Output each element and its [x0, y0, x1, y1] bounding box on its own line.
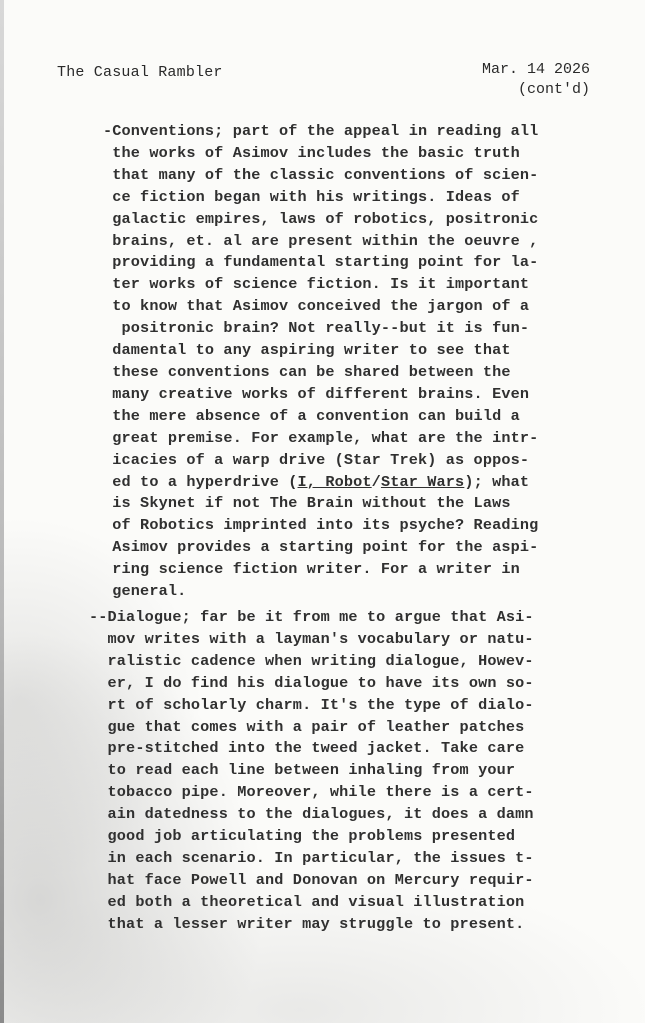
page-edge-shadow — [0, 0, 4, 1023]
text-line: the works of Asimov includes the basic t… — [103, 143, 538, 165]
text-line: gue that comes with a pair of leather pa… — [89, 717, 534, 739]
text-line: of Robotics imprinted into its psyche? R… — [103, 515, 538, 537]
underlined-title: I, Robot — [298, 473, 372, 491]
text-line: good job articulating the problems prese… — [89, 826, 534, 848]
text-line: ed to a hyperdrive (I, Robot/Star Wars);… — [103, 472, 538, 494]
text-line: ed both a theoretical and visual illustr… — [89, 892, 534, 914]
text-line: providing a fundamental starting point f… — [103, 252, 538, 274]
text-line: --Dialogue; far be it from me to argue t… — [89, 607, 534, 629]
continued-note: (cont'd) — [466, 80, 590, 100]
text-line: -Conventions; part of the appeal in read… — [103, 121, 538, 143]
section-dialogue: --Dialogue; far be it from me to argue t… — [89, 607, 534, 936]
underlined-title: Star Wars — [381, 473, 464, 491]
text-line: hat face Powell and Donovan on Mercury r… — [89, 870, 534, 892]
text-line: positronic brain? Not really--but it is … — [103, 318, 538, 340]
text-line: the mere absence of a convention can bui… — [103, 406, 538, 428]
text-line: to know that Asimov conceived the jargon… — [103, 296, 538, 318]
text-line: ce fiction began with his writings. Idea… — [103, 187, 538, 209]
text-line: to read each line between inhaling from … — [89, 760, 534, 782]
document-date: Mar. 14 2026 — [466, 60, 590, 80]
text-line: rt of scholarly charm. It's the type of … — [89, 695, 534, 717]
document-header-right: Mar. 14 2026 (cont'd) — [466, 60, 590, 100]
text-line: that many of the classic conventions of … — [103, 165, 538, 187]
text-line: ring science fiction writer. For a write… — [103, 559, 538, 581]
text-line: many creative works of different brains.… — [103, 384, 538, 406]
text-line: brains, et. al are present within the oe… — [103, 231, 538, 253]
text-line: damental to any aspiring writer to see t… — [103, 340, 538, 362]
text-line: that a lesser writer may struggle to pre… — [89, 914, 534, 936]
text-line: er, I do find his dialogue to have its o… — [89, 673, 534, 695]
text-line: galactic empires, laws of robotics, posi… — [103, 209, 538, 231]
text-line: ain datedness to the dialogues, it does … — [89, 804, 534, 826]
text-line: mov writes with a layman's vocabulary or… — [89, 629, 534, 651]
text-line: pre-stitched into the tweed jacket. Take… — [89, 738, 534, 760]
text-line: in each scenario. In particular, the iss… — [89, 848, 534, 870]
text-line: ralistic cadence when writing dialogue, … — [89, 651, 534, 673]
text-line: icacies of a warp drive (Star Trek) as o… — [103, 450, 538, 472]
text-line: great premise. For example, what are the… — [103, 428, 538, 450]
text-line: these conventions can be shared between … — [103, 362, 538, 384]
typewritten-page: The Casual Rambler Mar. 14 2026 (cont'd)… — [0, 0, 645, 1023]
section-conventions: -Conventions; part of the appeal in read… — [103, 121, 538, 603]
document-title: The Casual Rambler — [57, 64, 223, 81]
text-line: Asimov provides a starting point for the… — [103, 537, 538, 559]
text-line: tobacco pipe. Moreover, while there is a… — [89, 782, 534, 804]
text-line: general. — [103, 581, 538, 603]
text-line: is Skynet if not The Brain without the L… — [103, 493, 538, 515]
text-line: ter works of science fiction. Is it impo… — [103, 274, 538, 296]
